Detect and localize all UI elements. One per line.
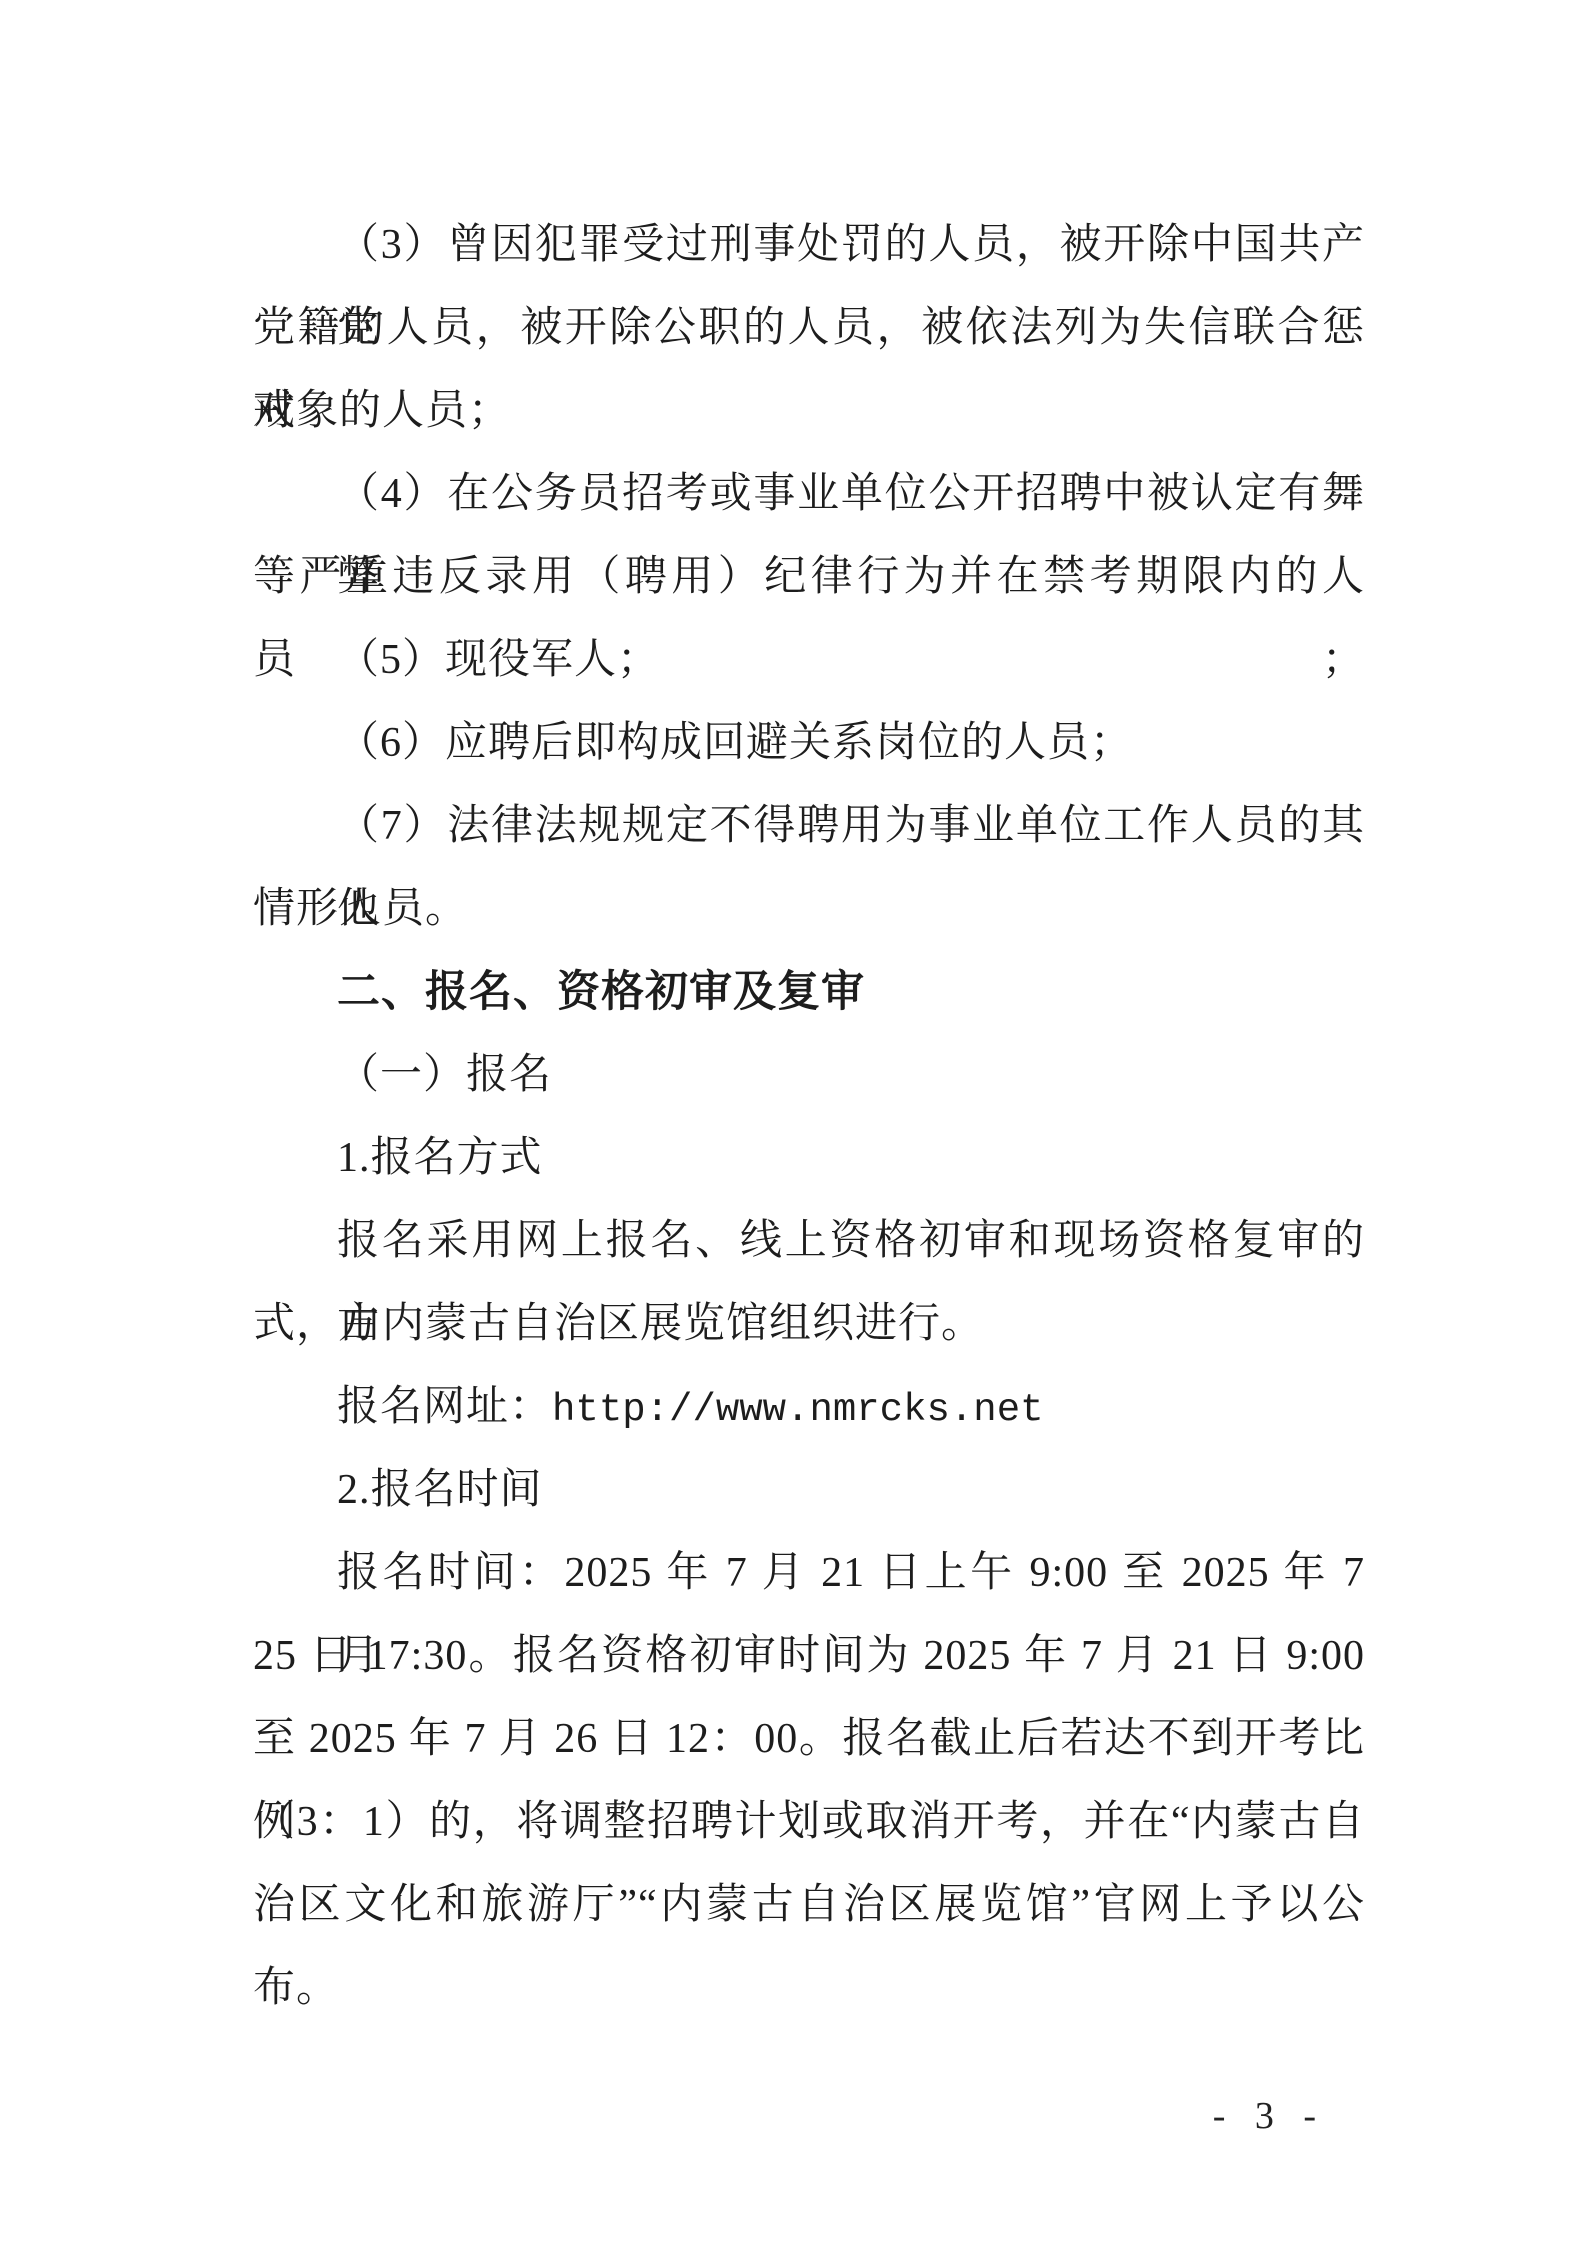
document-page: （3）曾因犯罪受过刑事处罚的人员，被开除中国共产党 党籍的人员，被开除公职的人员… (0, 0, 1588, 2245)
doc-line: 报名时间：2025 年 7 月 21 日上午 9:00 至 2025 年 7 月 (253, 1532, 1365, 1615)
doc-line: 对象的人员； (253, 370, 1365, 453)
doc-line: 党籍的人员，被开除公职的人员，被依法列为失信联合惩戒 (253, 287, 1365, 370)
doc-line: （4）在公务员招考或事业单位公开招聘中被认定有舞弊 (253, 453, 1365, 536)
document-body: （3）曾因犯罪受过刑事处罚的人员，被开除中国共产党 党籍的人员，被开除公职的人员… (253, 204, 1365, 2030)
doc-line: 治区文化和旅游厅”“内蒙古自治区展览馆”官网上予以公 (253, 1864, 1365, 1947)
doc-line: （7）法律法规规定不得聘用为事业单位工作人员的其他 (253, 785, 1365, 868)
doc-line: （3）曾因犯罪受过刑事处罚的人员，被开除中国共产党 (253, 204, 1365, 287)
doc-line: 式，由内蒙古自治区展览馆组织进行。 (253, 1283, 1365, 1366)
subsection-heading: （一）报名 (253, 1034, 1365, 1117)
doc-line: （3：1）的，将调整招聘计划或取消开考，并在“内蒙古自 (253, 1781, 1365, 1864)
registration-url: http://www.nmrcks.net (552, 1388, 1043, 1432)
item-heading: 2.报名时间 (253, 1449, 1365, 1532)
doc-line: 情形人员。 (253, 868, 1365, 951)
section-heading: 二、报名、资格初审及复审 (253, 951, 1365, 1034)
doc-line: 报名采用网上报名、线上资格初审和现场资格复审的方 (253, 1200, 1365, 1283)
item-heading: 1.报名方式 (253, 1117, 1365, 1200)
doc-line: 等严重违反录用（聘用）纪律行为并在禁考期限内的人员； (253, 536, 1365, 619)
doc-line: 报名网址：http://www.nmrcks.net (253, 1366, 1365, 1449)
doc-line: 至 2025 年 7 月 26 日 12：00。报名截止后若达不到开考比例 (253, 1698, 1365, 1781)
doc-line: 布。 (253, 1947, 1365, 2030)
doc-line: 25 日 17:30。报名资格初审时间为 2025 年 7 月 21 日 9:0… (253, 1615, 1365, 1698)
registration-url-label: 报名网址： (337, 1384, 552, 1430)
page-number: - 3 - (1213, 2094, 1326, 2138)
doc-line: （6）应聘后即构成回避关系岗位的人员； (253, 702, 1365, 785)
